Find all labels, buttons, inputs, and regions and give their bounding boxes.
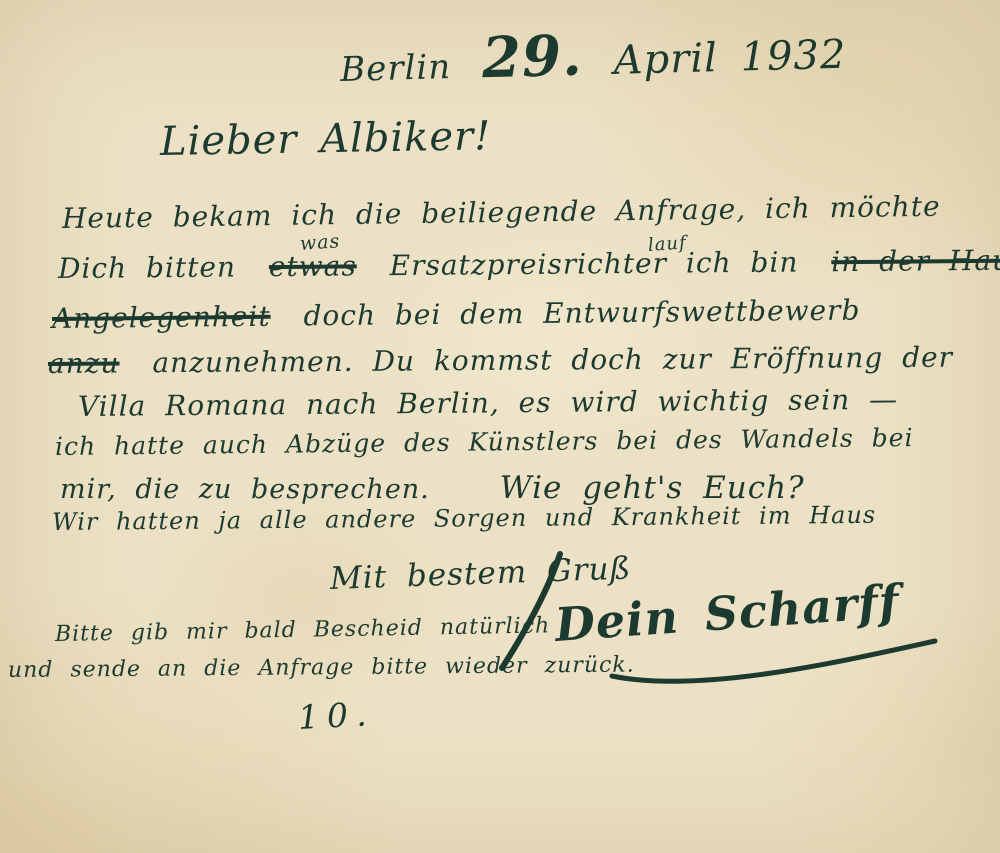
body-line-7-question: Wie geht's Euch?: [500, 470, 805, 506]
body-line-1: Heute bekam ich die beiliegende Anfrage,…: [62, 192, 941, 235]
body-line-6: ich hatte auch Abzüge des Künstlers bei …: [55, 424, 914, 460]
body-line-4: anzu anzunehmen. Du kommst doch zur Eröf…: [48, 343, 967, 380]
page-number: 10.: [297, 696, 375, 736]
signature-flourish: [612, 641, 935, 681]
body-line-7-part1: mir, die zu besprechen.: [60, 474, 430, 505]
salutation: Lieber Albiker!: [160, 114, 492, 164]
postscript-line-1: Bitte gib mir bald Bescheid natürlich: [55, 614, 551, 647]
dateline-month-year: April 1932: [613, 32, 847, 84]
dateline: Berlin 29. April 1932: [339, 19, 847, 94]
body-line-5: Villa Romana nach Berlin, es wird wichti…: [78, 385, 898, 423]
body-line-7: mir, die zu besprechen.Wie geht's Euch?: [60, 471, 805, 505]
inserted-word-2: lauf: [647, 233, 687, 255]
dateline-day: 29.: [481, 23, 583, 92]
body-line-3-rest: doch bei dem Entwurfswettbewerb: [303, 294, 860, 333]
postscript-line-2: und sende an die Anfrage bitte wieder zu…: [8, 654, 635, 684]
body-line-8: Wir hatten ja alle andere Sorgen und Kra…: [52, 502, 876, 536]
body-line-4-struck: anzu: [48, 347, 120, 380]
body-line-2-part2: Ersatzpreisrichter ich bin: [390, 246, 799, 283]
body-line-2-part1: Dich bitten: [58, 250, 236, 285]
body-line-3-struck: Angelegenheit: [52, 300, 271, 335]
body-line-3: Angelegenheit doch bei dem Entwurfswettb…: [52, 295, 875, 334]
body-line-2: Dich bitten etwas Ersatzpreisrichter ich…: [58, 245, 1000, 285]
closing: Mit bestem Gruß: [329, 551, 631, 596]
body-line-2-struck2: in der Hauser: [831, 243, 1000, 278]
body-line-2-struck1: etwas: [269, 249, 357, 283]
body-line-4-rest: anzunehmen. Du kommst doch zur Eröffnung…: [152, 341, 953, 380]
dateline-place: Berlin: [340, 47, 452, 90]
letter-page: Berlin 29. April 1932 Lieber Albiker! He…: [0, 0, 1000, 853]
